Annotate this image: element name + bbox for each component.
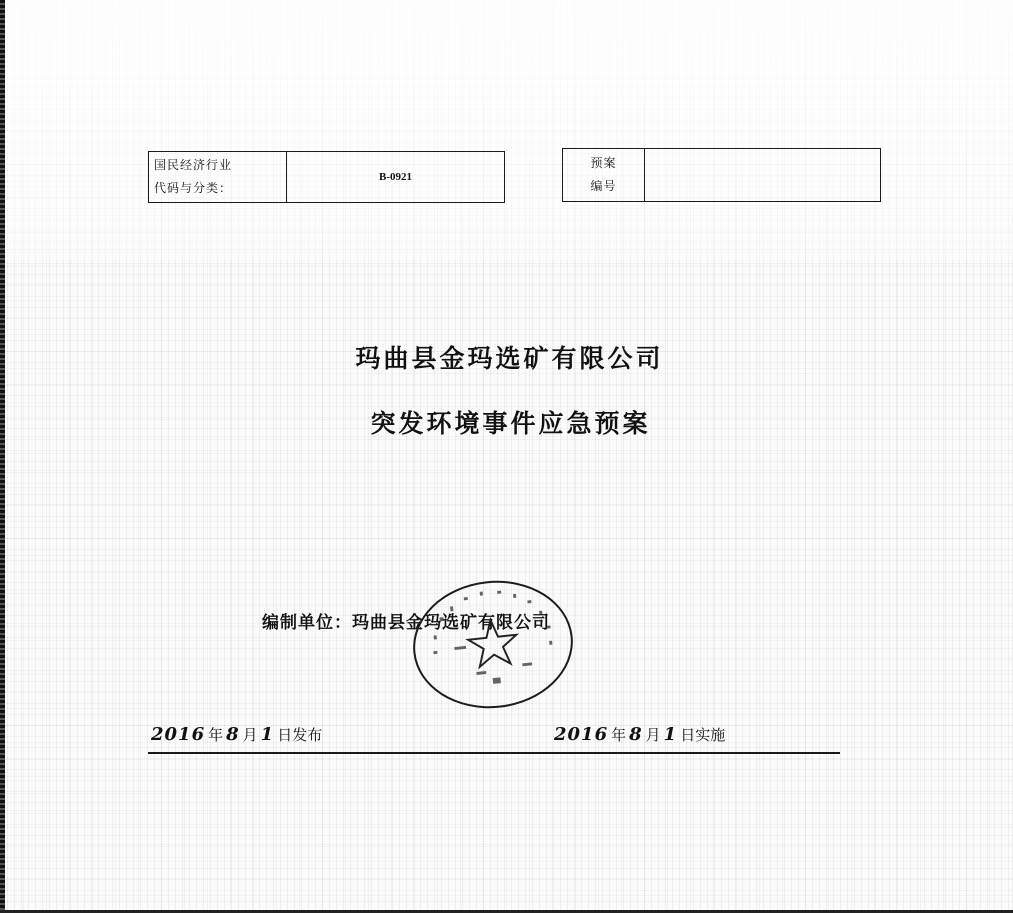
industry-code-label-line1: 国民经济行业 (154, 154, 286, 177)
date-divider-line (148, 752, 840, 754)
effective-year-unit: 年 (611, 724, 626, 745)
company-title: 玛曲县金玛选矿有限公司 (3, 339, 1013, 375)
publish-year-unit: 年 (208, 724, 223, 745)
publish-date: 2016 年 8 月 1 日 发布 (148, 724, 322, 745)
plan-number-label-line1: 预案 (590, 152, 616, 175)
publish-day: 1 (261, 724, 275, 745)
scanned-page-background (0, 0, 1013, 913)
scan-left-edge (0, 0, 5, 913)
plan-title: 突发环境事件应急预案 (4, 404, 1013, 440)
effective-date: 2016 年 8 月 1 日 实施 (551, 724, 725, 745)
effective-action: 实施 (695, 724, 725, 745)
plan-number-box: 预案 编号 (562, 148, 881, 202)
industry-code-box: 国民经济行业 代码与分类： B-0921 (148, 151, 505, 203)
plan-number-value (645, 149, 880, 201)
effective-year: 2016 (554, 724, 608, 745)
effective-month: 8 (629, 724, 643, 745)
compiled-by-value: 玛曲县金玛选矿有限公司 (352, 613, 550, 633)
plan-number-label-line2: 编号 (590, 175, 616, 198)
compiled-by: 编制单位：玛曲县金玛选矿有限公司 (262, 608, 550, 633)
industry-code-value: B-0921 (287, 152, 504, 202)
publish-action: 发布 (292, 724, 322, 745)
publish-year: 2016 (151, 724, 205, 745)
effective-month-unit: 月 (646, 724, 661, 745)
industry-code-label-line2: 代码与分类： (154, 177, 286, 200)
plan-number-label: 预案 编号 (563, 149, 645, 201)
publish-day-unit: 日 (277, 724, 292, 745)
effective-day: 1 (664, 724, 678, 745)
effective-day-unit: 日 (680, 724, 695, 745)
compiled-by-label: 编制单位： (262, 613, 352, 633)
publish-month: 8 (226, 724, 240, 745)
industry-code-label: 国民经济行业 代码与分类： (149, 152, 287, 202)
publish-month-unit: 月 (243, 724, 258, 745)
